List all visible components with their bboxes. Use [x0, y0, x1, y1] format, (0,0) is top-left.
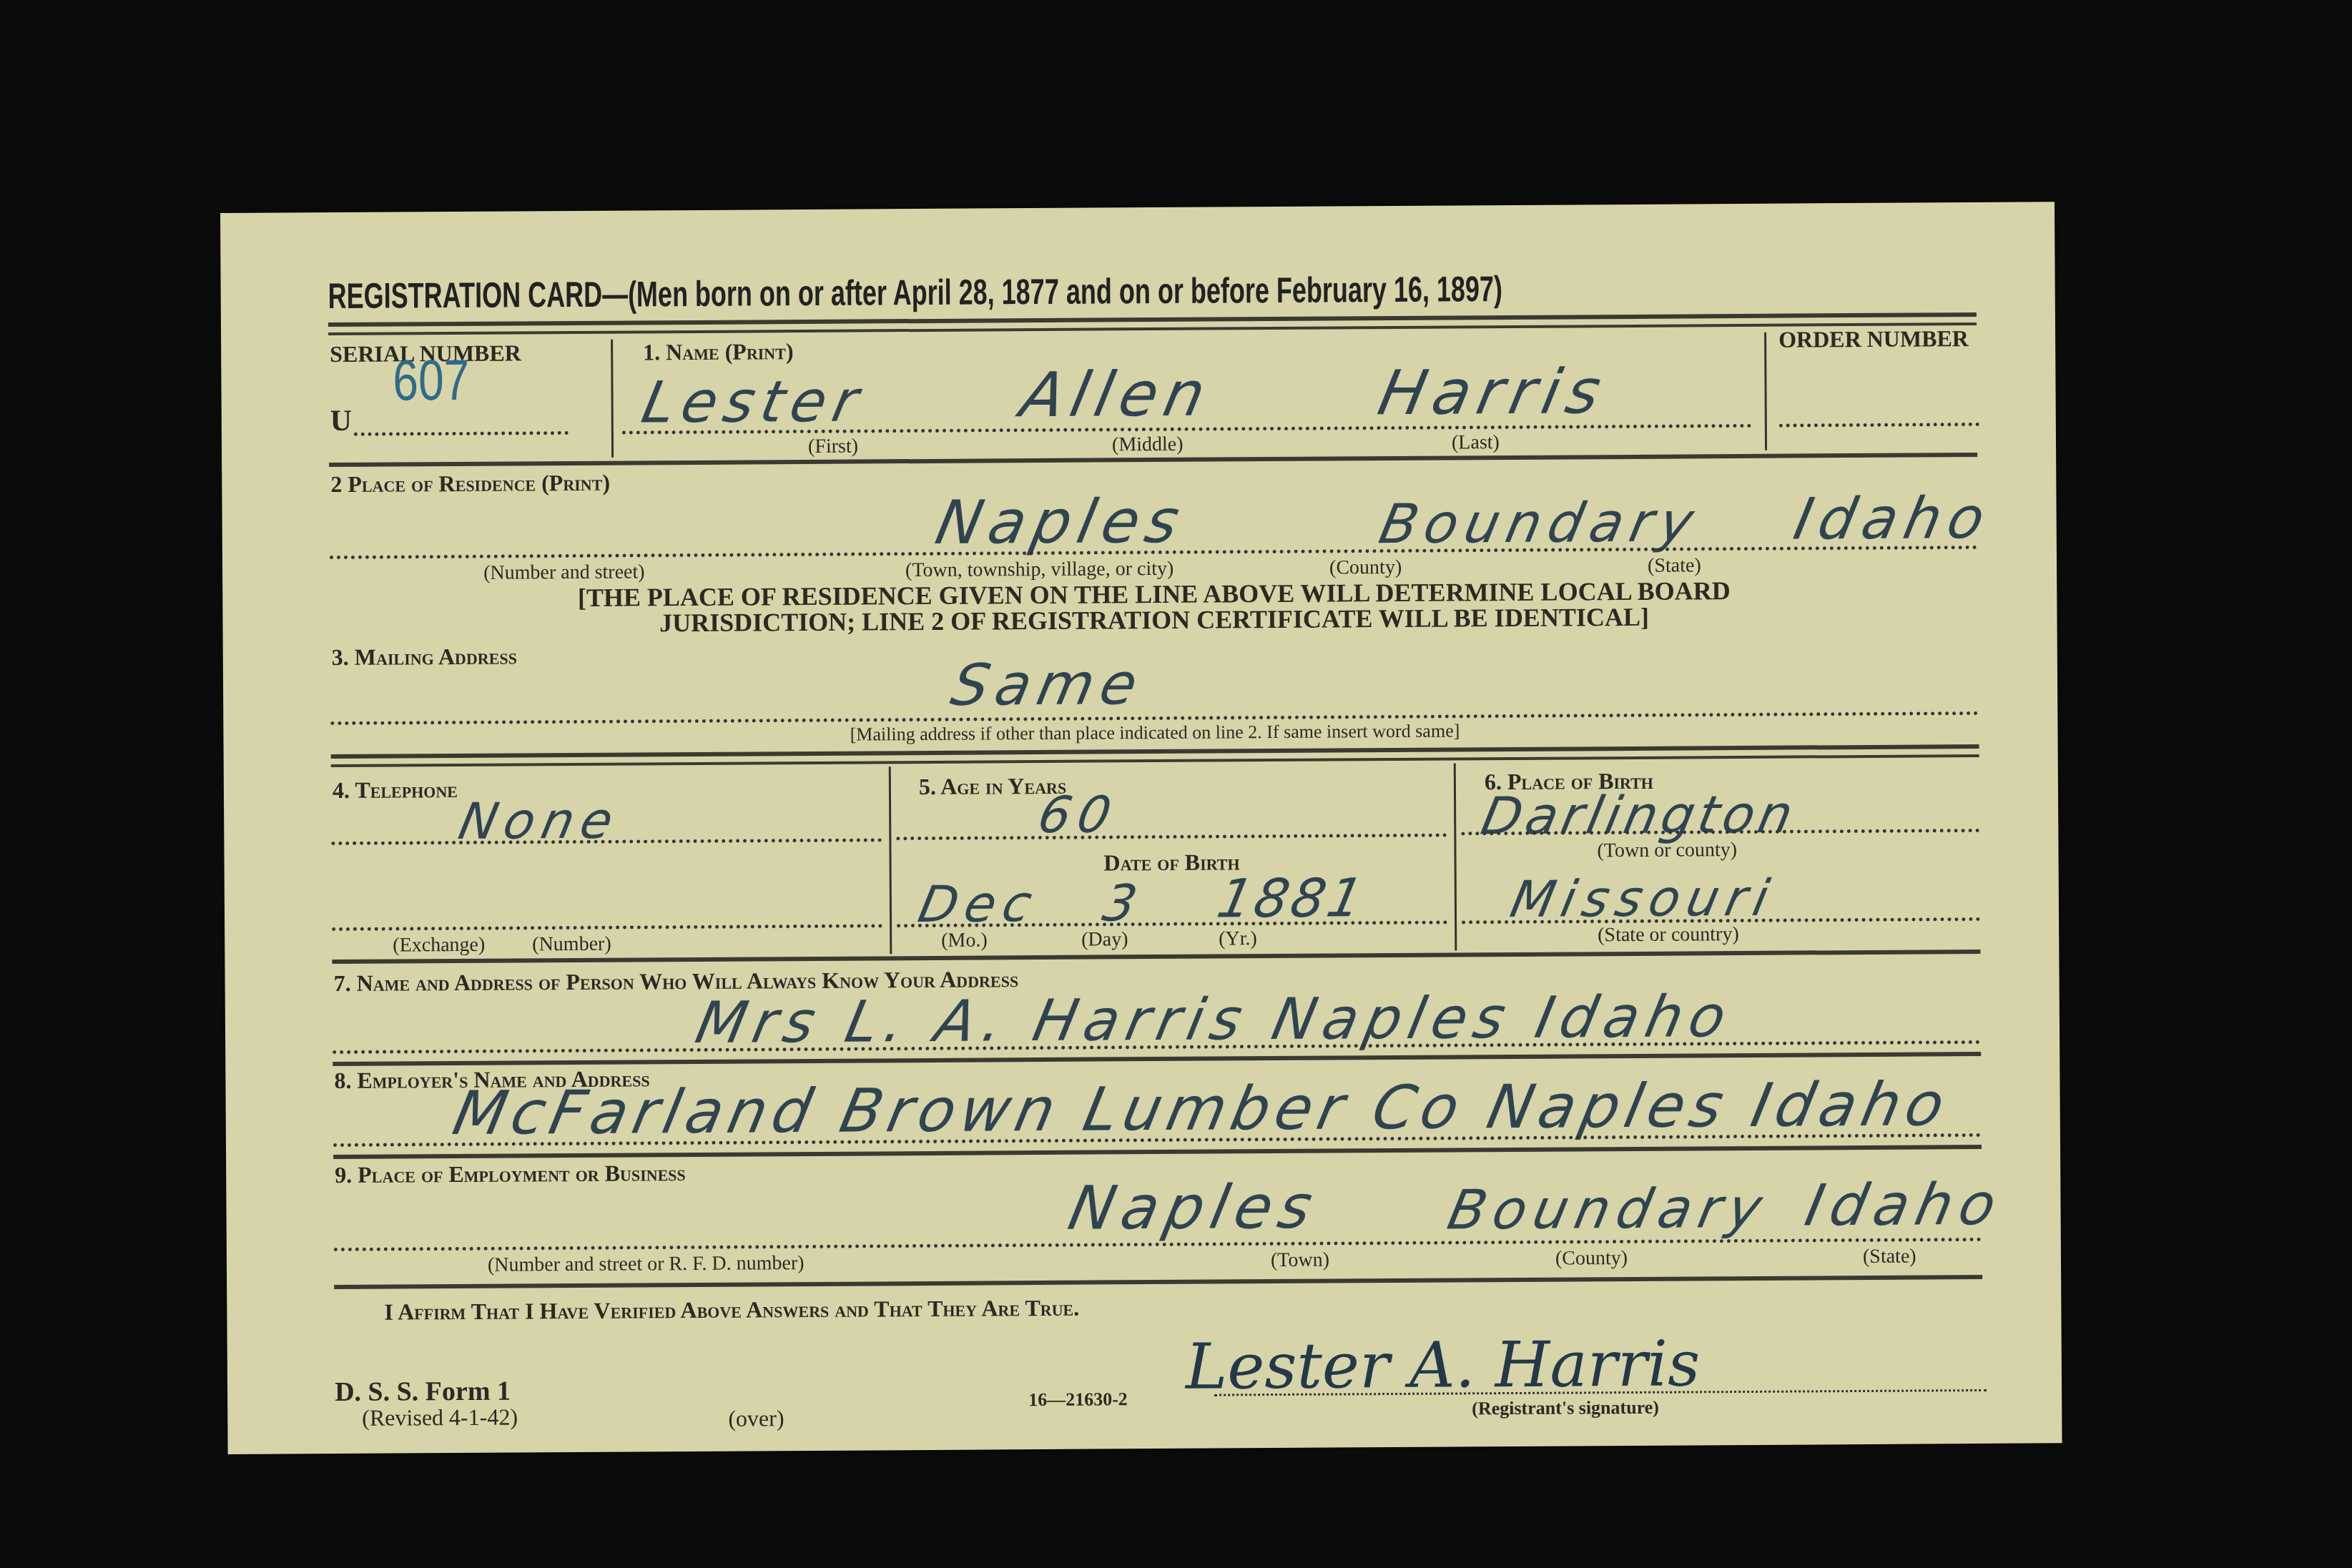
caption-emp-street: (Number and street or R. F. D. number) [488, 1252, 804, 1277]
age-line [896, 834, 1447, 841]
divider [334, 1275, 1982, 1289]
print-code: 16—21630-2 [1028, 1389, 1128, 1411]
divider [1454, 763, 1457, 950]
card-title: REGISTRATION CARD—(Men born on or after … [328, 268, 1503, 317]
order-number-label: ORDER NUMBER [1778, 325, 1969, 353]
employment-county: Boundary [1442, 1176, 1774, 1242]
caption-birth-state: (State or country) [1598, 923, 1739, 947]
name-label: 1. Name (Print) [643, 338, 794, 365]
employment-place-label: 9. Place of Employment or Business [335, 1160, 686, 1188]
residence-label: 2 Place of Residence (Print) [330, 470, 610, 498]
caption-middle: (Middle) [1112, 433, 1184, 457]
middle-name: Allen [1015, 358, 1219, 431]
caption-town: (Town, township, village, or city) [905, 558, 1173, 582]
caption-street: (Number and street) [483, 561, 645, 584]
caption-last: (Last) [1452, 431, 1500, 454]
caption-emp-state: (State) [1863, 1246, 1916, 1268]
serial-number-value: 607 [393, 347, 469, 414]
serial-prefix: U [330, 404, 353, 438]
caption-month: (Mo.) [941, 929, 988, 952]
signature-caption: (Registrant's signature) [1472, 1397, 1659, 1420]
divider [333, 1052, 1981, 1066]
residence-town: Naples [930, 486, 1193, 558]
serial-line [354, 431, 569, 436]
caption-number: (Number) [532, 933, 611, 957]
caption-birth-town: (Town or county) [1597, 839, 1737, 862]
caption-first: (First) [808, 435, 858, 458]
divider [1764, 332, 1767, 450]
form-id: D. S. S. Form 1 [335, 1376, 511, 1409]
residence-state: Idaho [1788, 485, 1997, 553]
telephone-label: 4. Telephone [333, 776, 458, 804]
form-revised: (Revised 4-1-42) [362, 1404, 518, 1431]
caption-exchange: (Exchange) [393, 934, 485, 957]
employment-state: Idaho [1800, 1171, 2009, 1239]
order-number-line [1779, 423, 1979, 428]
caption-county: (County) [1329, 556, 1402, 580]
caption-emp-town: (Town) [1271, 1249, 1329, 1273]
mailing-label: 3. Mailing Address [332, 643, 517, 671]
caption-state: (State) [1648, 554, 1701, 577]
divider [611, 340, 614, 458]
last-name: Harris [1372, 356, 1613, 429]
residence-county: Boundary [1374, 490, 1706, 556]
caption-emp-county: (County) [1555, 1247, 1628, 1271]
birthplace-town: Darlington [1477, 784, 1803, 847]
over-note: (over) [728, 1405, 784, 1431]
affirmation-text: I Affirm That I Have Verified Above Answ… [384, 1295, 1079, 1326]
caption-year: (Yr.) [1219, 927, 1257, 950]
telephone-line-2 [332, 924, 882, 931]
employment-town: Naples [1063, 1172, 1325, 1243]
mailing-value: Same [945, 651, 1150, 719]
caption-day: (Day) [1081, 928, 1128, 951]
first-name: Lester [636, 368, 871, 435]
divider [889, 766, 892, 954]
registration-card: REGISTRATION CARD—(Men born on or after … [220, 202, 2062, 1454]
